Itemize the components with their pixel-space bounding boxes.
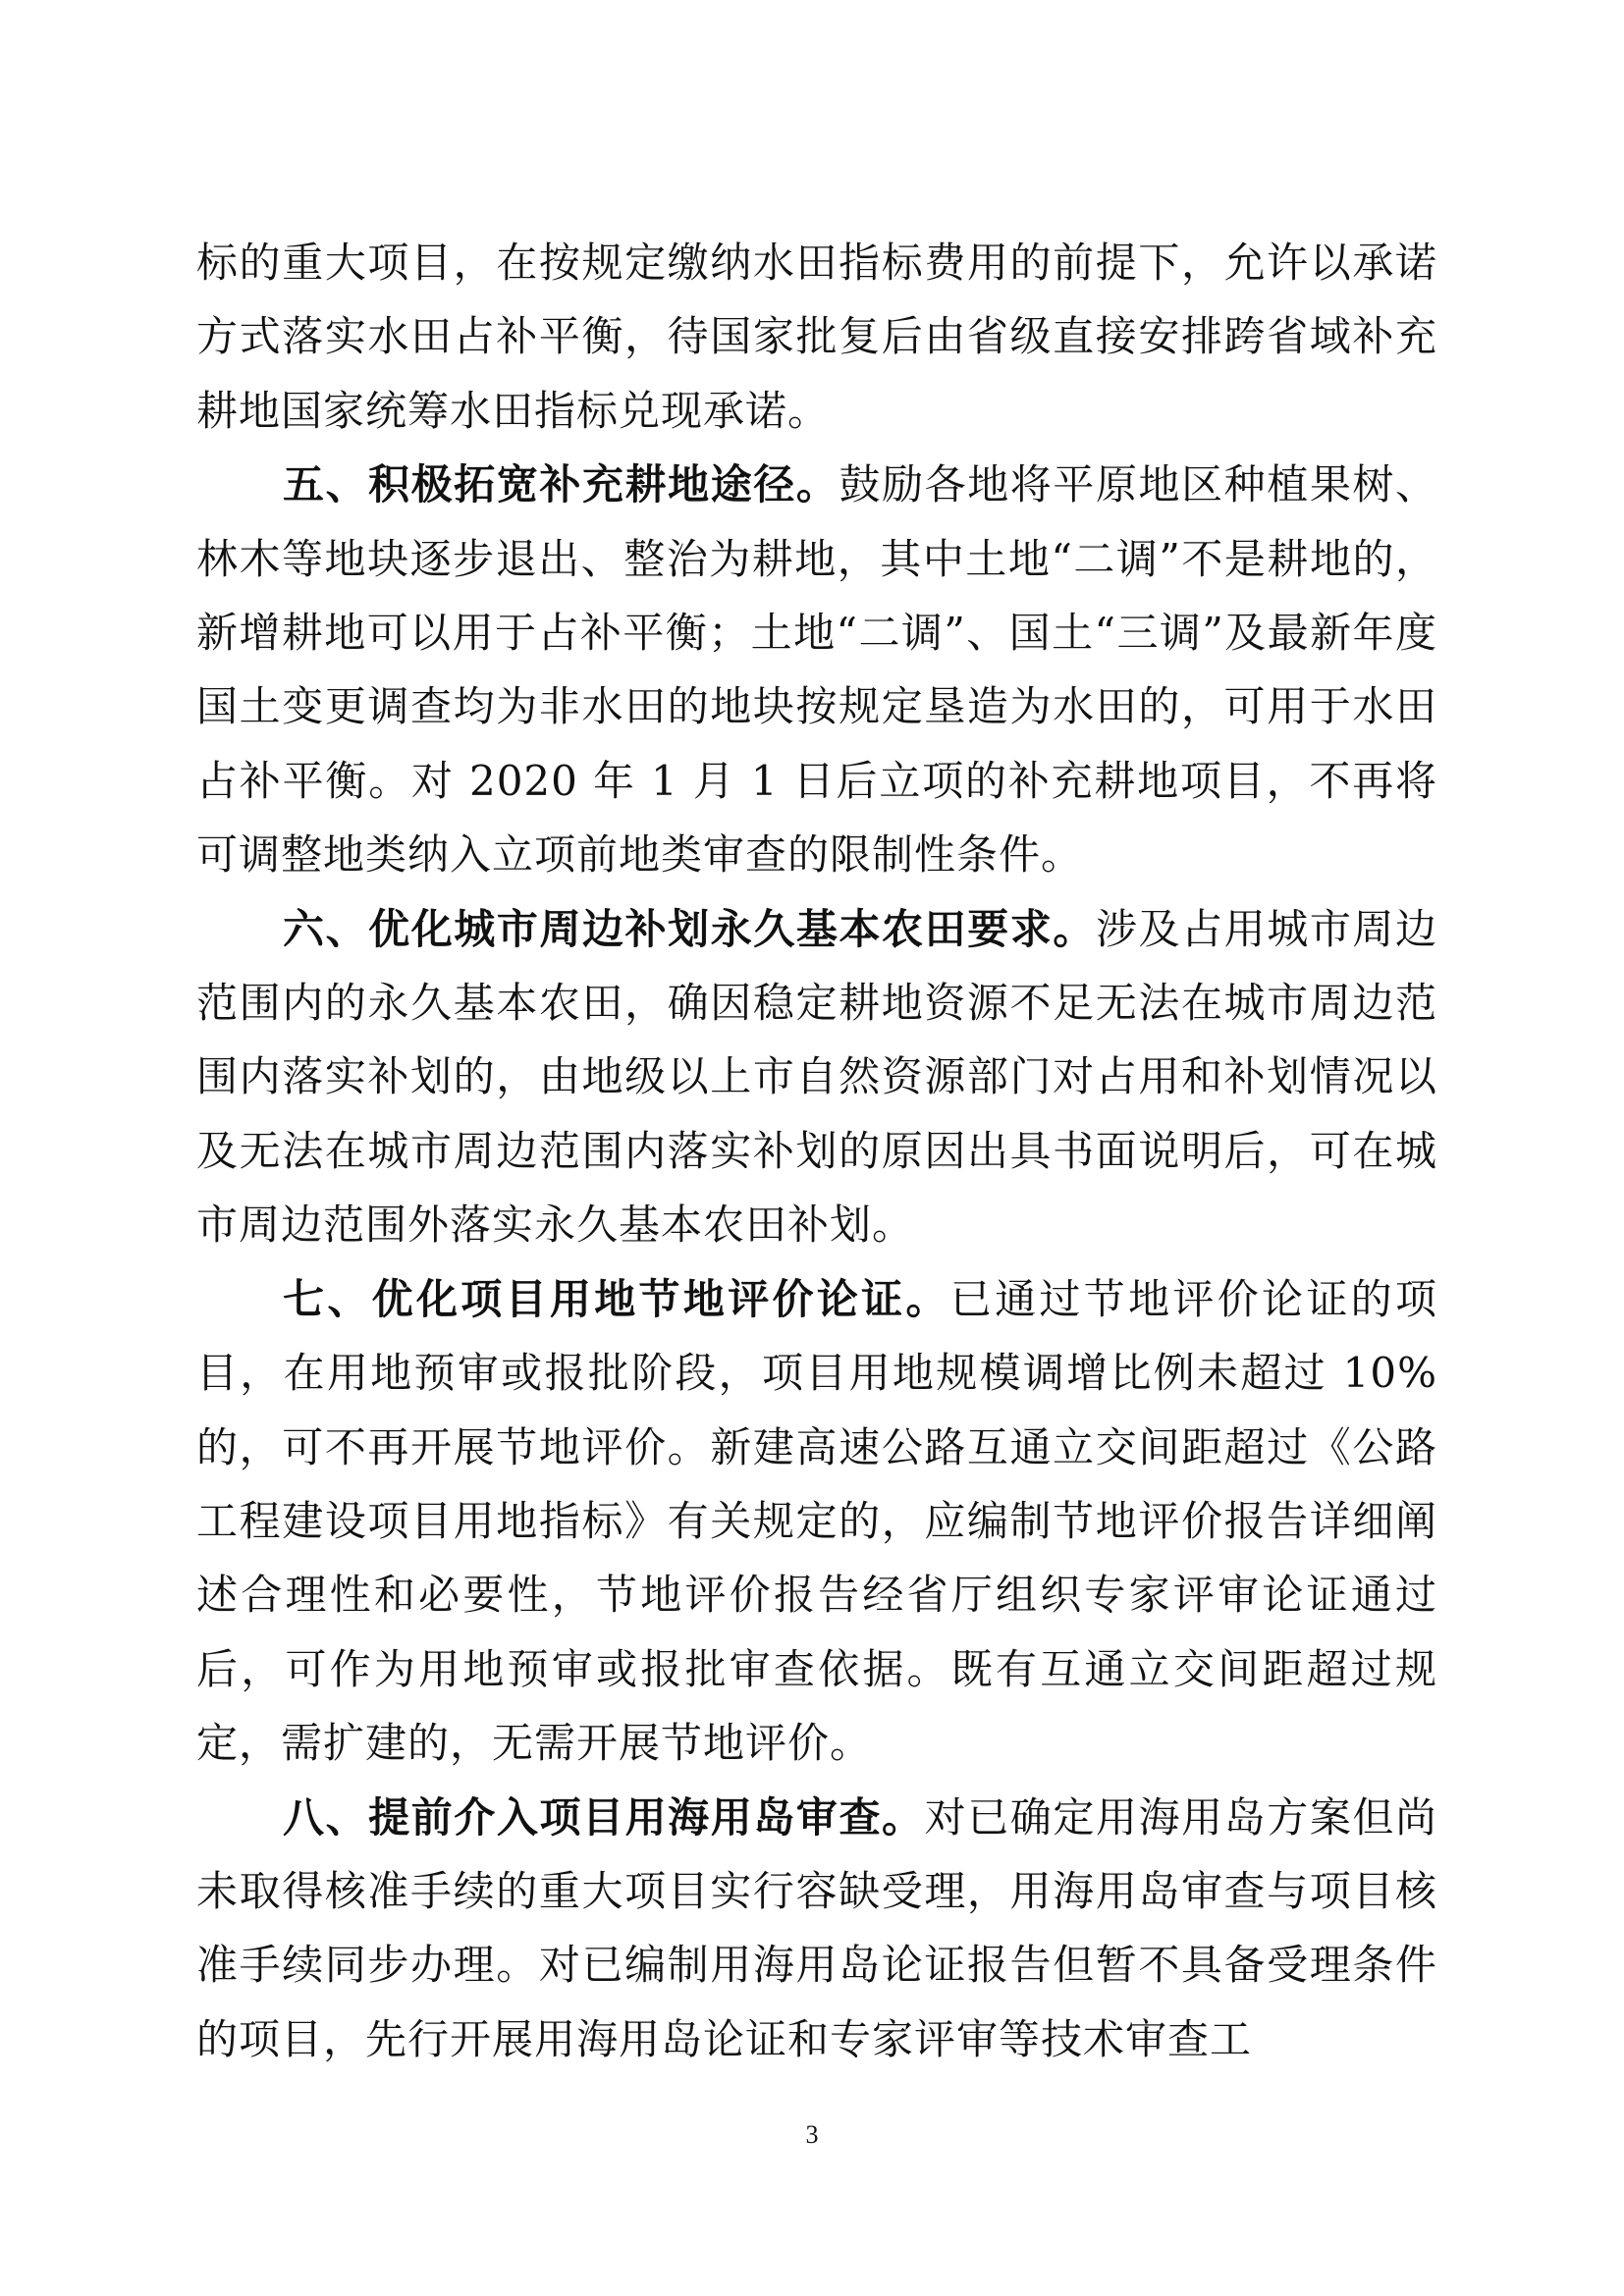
- document-body: 标的重大项目，在按规定缴纳水田指标费用的前提下，允许以承诺方式落实水田占补平衡，…: [196, 226, 1437, 2076]
- page-number: 3: [0, 2120, 1624, 2150]
- paragraph-continuation: 标的重大项目，在按规定缴纳水田指标费用的前提下，允许以承诺方式落实水田占补平衡，…: [196, 226, 1437, 448]
- paragraph-text: 已通过节地评价论证的项目，在用地预审或报批阶段，项目用地规模调增比例未超过 10…: [196, 1275, 1437, 1767]
- paragraph-section-7: 七、优化项目用地节地评价论证。已通过节地评价论证的项目，在用地预审或报批阶段，项…: [196, 1262, 1437, 1781]
- document-page: 标的重大项目，在按规定缴纳水田指标费用的前提下，允许以承诺方式落实水田占补平衡，…: [0, 0, 1624, 2296]
- paragraph-text: 涉及占用城市周边范围内的永久基本农田，确因稳定耕地资源不足无法在城市周边范围内落…: [196, 905, 1437, 1250]
- paragraph-section-5: 五、积极拓宽补充耕地途径。鼓励各地将平原地区种植果树、林木等地块逐步退出、整治为…: [196, 448, 1437, 891]
- paragraph-text: 标的重大项目，在按规定缴纳水田指标费用的前提下，允许以承诺方式落实水田占补平衡，…: [196, 239, 1437, 435]
- section-heading: 六、优化城市周边补划永久基本农田要求。: [283, 905, 1096, 953]
- paragraph-section-6: 六、优化城市周边补划永久基本农田要求。涉及占用城市周边范围内的永久基本农田，确因…: [196, 892, 1437, 1262]
- section-heading: 五、积极拓宽补充耕地途径。: [283, 460, 839, 508]
- section-heading: 七、优化项目用地节地评价论证。: [283, 1275, 950, 1323]
- paragraph-text: 鼓励各地将平原地区种植果树、林木等地块逐步退出、整治为耕地，其中土地“二调”不是…: [196, 460, 1437, 879]
- section-heading: 八、提前介入项目用海用岛审查。: [283, 1793, 925, 1842]
- paragraph-section-8: 八、提前介入项目用海用岛审查。对已确定用海用岛方案但尚未取得核准手续的重大项目实…: [196, 1781, 1437, 2077]
